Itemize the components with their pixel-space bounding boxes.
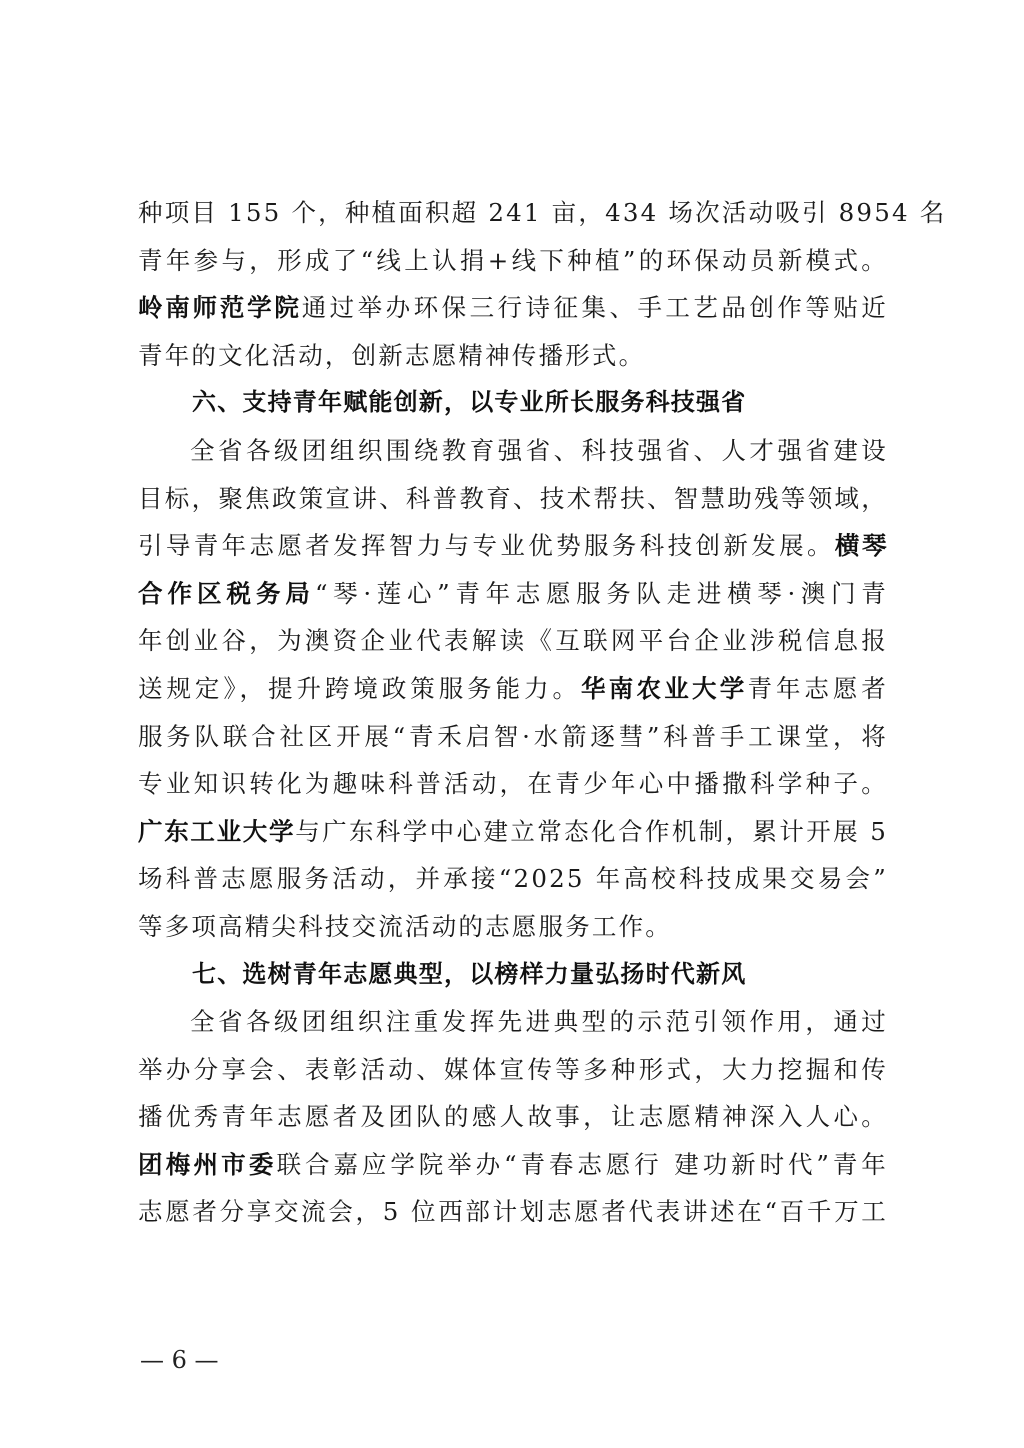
org-name-bold: 岭南师范学院 (138, 293, 302, 322)
org-name-bold: 广东工业大学 (138, 817, 295, 846)
body-text: 联合嘉应学院举办“青春志愿行 建功新时代”青年 (277, 1150, 888, 1179)
body-line: 年创业谷，为澳资企业代表解读《互联网平台企业涉税信息报 (138, 617, 888, 665)
body-line: 专业知识转化为趣味科普活动，在青少年心中播撒科学种子。 (138, 760, 888, 808)
body-line: 播优秀青年志愿者及团队的感人故事，让志愿精神深入人心。 (138, 1093, 888, 1141)
body-line: 团梅州市委联合嘉应学院举办“青春志愿行 建功新时代”青年 (138, 1141, 888, 1189)
body-line: 场科普志愿服务活动，并承接“2025 年高校科技成果交易会” (138, 855, 888, 903)
body-line: 合作区税务局“琴·莲心”青年志愿服务队走进横琴·澳门青 (138, 570, 888, 618)
body-line: 目标，聚焦政策宣讲、科普教育、技术帮扶、智慧助残等领域， (138, 475, 888, 523)
body-line: 等多项高精尖科技交流活动的志愿服务工作。 (138, 903, 888, 951)
body-line: 举办分享会、表彰活动、媒体宣传等多种形式，大力挖掘和传 (138, 1046, 888, 1094)
org-name-bold: 华南农业大学 (581, 674, 748, 703)
body-line: 全省各级团组织围绕教育强省、科技强省、人才强省建设 (138, 427, 888, 475)
page-number: — 6 — (140, 1345, 219, 1375)
body-line: 青年参与，形成了“线上认捐+线下种植”的环保动员新模式。 (138, 237, 888, 285)
body-text: 通过举办环保三行诗征集、手工艺品创作等贴近 (302, 293, 888, 322)
section-heading-6: 六、支持青年赋能创新，以专业所长服务科技强省 (138, 379, 888, 427)
body-text: “琴·莲心”青年志愿服务队走进横琴·澳门青 (315, 579, 888, 608)
org-name-bold: 合作区税务局 (138, 579, 315, 608)
body-line: 种项目 155 个，种植面积超 241 亩，434 场次活动吸引 8954 名 (138, 189, 888, 237)
body-line: 志愿者分享交流会，5 位西部计划志愿者代表讲述在“百千万工 (138, 1188, 888, 1236)
body-text: 送规定》，提升跨境政策服务能力。 (138, 674, 581, 703)
org-name-bold: 团梅州市委 (138, 1150, 277, 1179)
org-name-bold: 横琴 (835, 531, 888, 560)
section-heading-7: 七、选树青年志愿典型，以榜样力量弘扬时代新风 (138, 951, 888, 999)
body-line: 引导青年志愿者发挥智力与专业优势服务科技创新发展。横琴 (138, 522, 888, 570)
body-line: 服务队联合社区开展“青禾启智·水箭逐彗”科普手工课堂，将 (138, 713, 888, 761)
body-text: 与广东科学中心建立常态化合作机制，累计开展 5 (295, 817, 888, 846)
body-line: 广东工业大学与广东科学中心建立常态化合作机制，累计开展 5 (138, 808, 888, 856)
document-page: 种项目 155 个，种植面积超 241 亩，434 场次活动吸引 8954 名 … (138, 189, 888, 1236)
body-line: 青年的文化活动，创新志愿精神传播形式。 (138, 332, 888, 380)
body-line: 送规定》，提升跨境政策服务能力。华南农业大学青年志愿者 (138, 665, 888, 713)
body-text: 青年志愿者 (748, 674, 889, 703)
body-text: 引导青年志愿者发挥智力与专业优势服务科技创新发展。 (138, 531, 835, 560)
body-line: 岭南师范学院通过举办环保三行诗征集、手工艺品创作等贴近 (138, 284, 888, 332)
body-line: 全省各级团组织注重发挥先进典型的示范引领作用，通过 (138, 998, 888, 1046)
